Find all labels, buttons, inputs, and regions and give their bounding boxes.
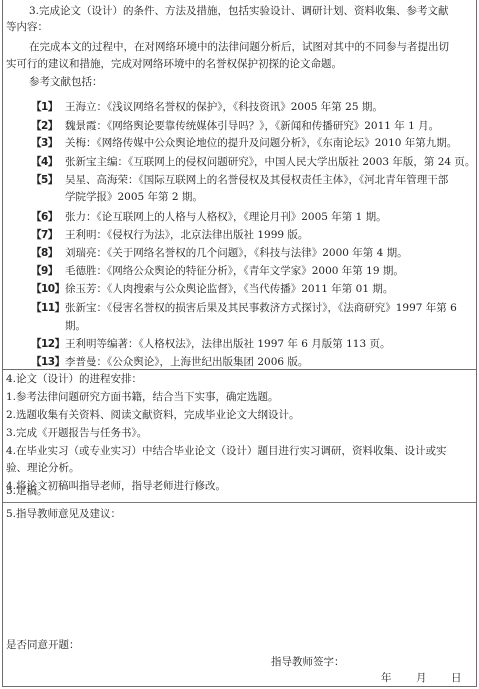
section-schedule: 4.论文（设计）的进程安排： 1.参考法律问题研究方面书籍，结合当下实事，确定选… <box>3 369 476 503</box>
schedule-step-continued: 验、理论分析。 <box>6 461 80 475</box>
reference-text: 吴星、高海荣：《国际互联网上的名誉侵权及其侵权责任主体》，《河北青年管理干部 <box>65 172 448 187</box>
reference-number: 【7】 <box>31 227 58 242</box>
section-advisor-opinion: 5.指导教师意见及建议： 是否同意开题： 指导教师签字： 年 月 日 <box>3 502 476 686</box>
reference-number: 【1】 <box>31 99 58 114</box>
reference-text: 李普曼：《公众舆论》，上海世纪出版集团 2006 版。 <box>65 354 308 369</box>
reference-number: 【4】 <box>31 154 58 169</box>
section3-paragraph-line2: 实可行的建议和措施，完成对网络环境中的名誉权保护初探的论文命题。 <box>6 57 342 71</box>
date-year-label: 年 <box>381 671 392 685</box>
section5-heading: 5.指导教师意见及建议： <box>6 507 121 521</box>
reference-number: 【6】 <box>31 209 58 224</box>
form-table: 3.完成论文（设计）的条件、方法及措施，包括实验设计、调研计划、资料收集、参考文… <box>2 0 477 687</box>
date-day-label: 日 <box>451 671 462 685</box>
reference-number: 【8】 <box>31 245 58 260</box>
reference-text: 魏景霞：《网络舆论要靠传统媒体引导吗？》，《新闻和传播研究》2011 年 1 月… <box>65 118 439 133</box>
reference-text-continued: 学院学报》2005 年第 2 期。 <box>65 189 203 204</box>
reference-text: 张力：《论互联网上的人格与人格权》，《理论月刊》2005 年第 1 期。 <box>65 209 387 224</box>
references-intro: 参考文献包括： <box>29 75 103 89</box>
reference-text: 王利明：《侵权行为法》，北京法律出版社 1999 版。 <box>65 227 308 242</box>
reference-text: 张新宝主编：《互联网上的侵权问题研究》，中国人民大学出版社 2003 年版，第 … <box>65 154 475 169</box>
schedule-step: 2.选题收集有关资料、阅读文献资料，完成毕业论文大纲设计。 <box>6 408 300 422</box>
reference-text: 王利明等编著：《人格权法》，法律出版社 1997 年 6 月版第 113 页。 <box>65 336 390 351</box>
schedule-step: 1.参考法律问题研究方面书籍，结合当下实事，确定选题。 <box>6 390 279 404</box>
signature-label: 指导教师签字： <box>271 655 345 669</box>
schedule-step: 4.在毕业实习（或专业实习）中结合毕业论文（设计）题目进行实习调研，资料收集、设… <box>6 444 447 458</box>
section4-heading: 4.论文（设计）的进程安排： <box>6 372 142 386</box>
schedule-step-final: 5.定稿。 <box>6 484 48 498</box>
section3-paragraph-line1: 在完成本文的过程中，在对网络环境中的法律问题分析后，试图对其中的不同参与者提出切 <box>29 40 449 54</box>
reference-number: 【9】 <box>31 263 58 278</box>
reference-number: 【10】 <box>31 281 65 296</box>
reference-text: 关梅：《网络传媒中公众舆论地位的提升及问题分析》，《东南论坛》2010 年第九期… <box>65 135 457 150</box>
reference-number: 【12】 <box>31 336 65 351</box>
reference-text: 王海立：《浅议网络名誉权的保护》，《科技资讯》2005 年第 25 期。 <box>65 99 383 114</box>
section3-heading-line1: 3.完成论文（设计）的条件、方法及措施，包括实验设计、调研计划、资料收集、参考文… <box>29 4 449 18</box>
date-month-label: 月 <box>416 671 427 685</box>
approve-label: 是否同意开题： <box>6 638 80 652</box>
reference-number: 【5】 <box>31 172 58 187</box>
reference-number: 【11】 <box>31 300 65 315</box>
reference-text: 张新宝：《侵害名誉权的损害后果及其民事救济方式探讨》，《法商研究》1997 年第… <box>65 300 457 315</box>
schedule-step: 3.完成《开题报告与任务书》。 <box>6 426 147 440</box>
reference-number: 【3】 <box>31 135 58 150</box>
reference-number: 【13】 <box>31 354 65 369</box>
reference-text: 毛德胜：《网络公众舆论的特征分析》，《青年文学家》2000 年第 19 期。 <box>65 263 404 278</box>
reference-text-continued: 期。 <box>65 318 86 333</box>
reference-number: 【2】 <box>31 118 58 133</box>
section-conditions-methods: 3.完成论文（设计）的条件、方法及措施，包括实验设计、调研计划、资料收集、参考文… <box>3 0 476 369</box>
reference-text: 徐玉芳：《人肉搜索与公众舆论监督》，《当代传播》2011 年第 01 期。 <box>65 281 393 296</box>
reference-text: 刘瑞亮：《关于网络名誉权的几个问题》，《科技与法律》2000 年第 4 期。 <box>65 245 408 260</box>
section3-heading-line2: 等内容： <box>6 20 48 34</box>
